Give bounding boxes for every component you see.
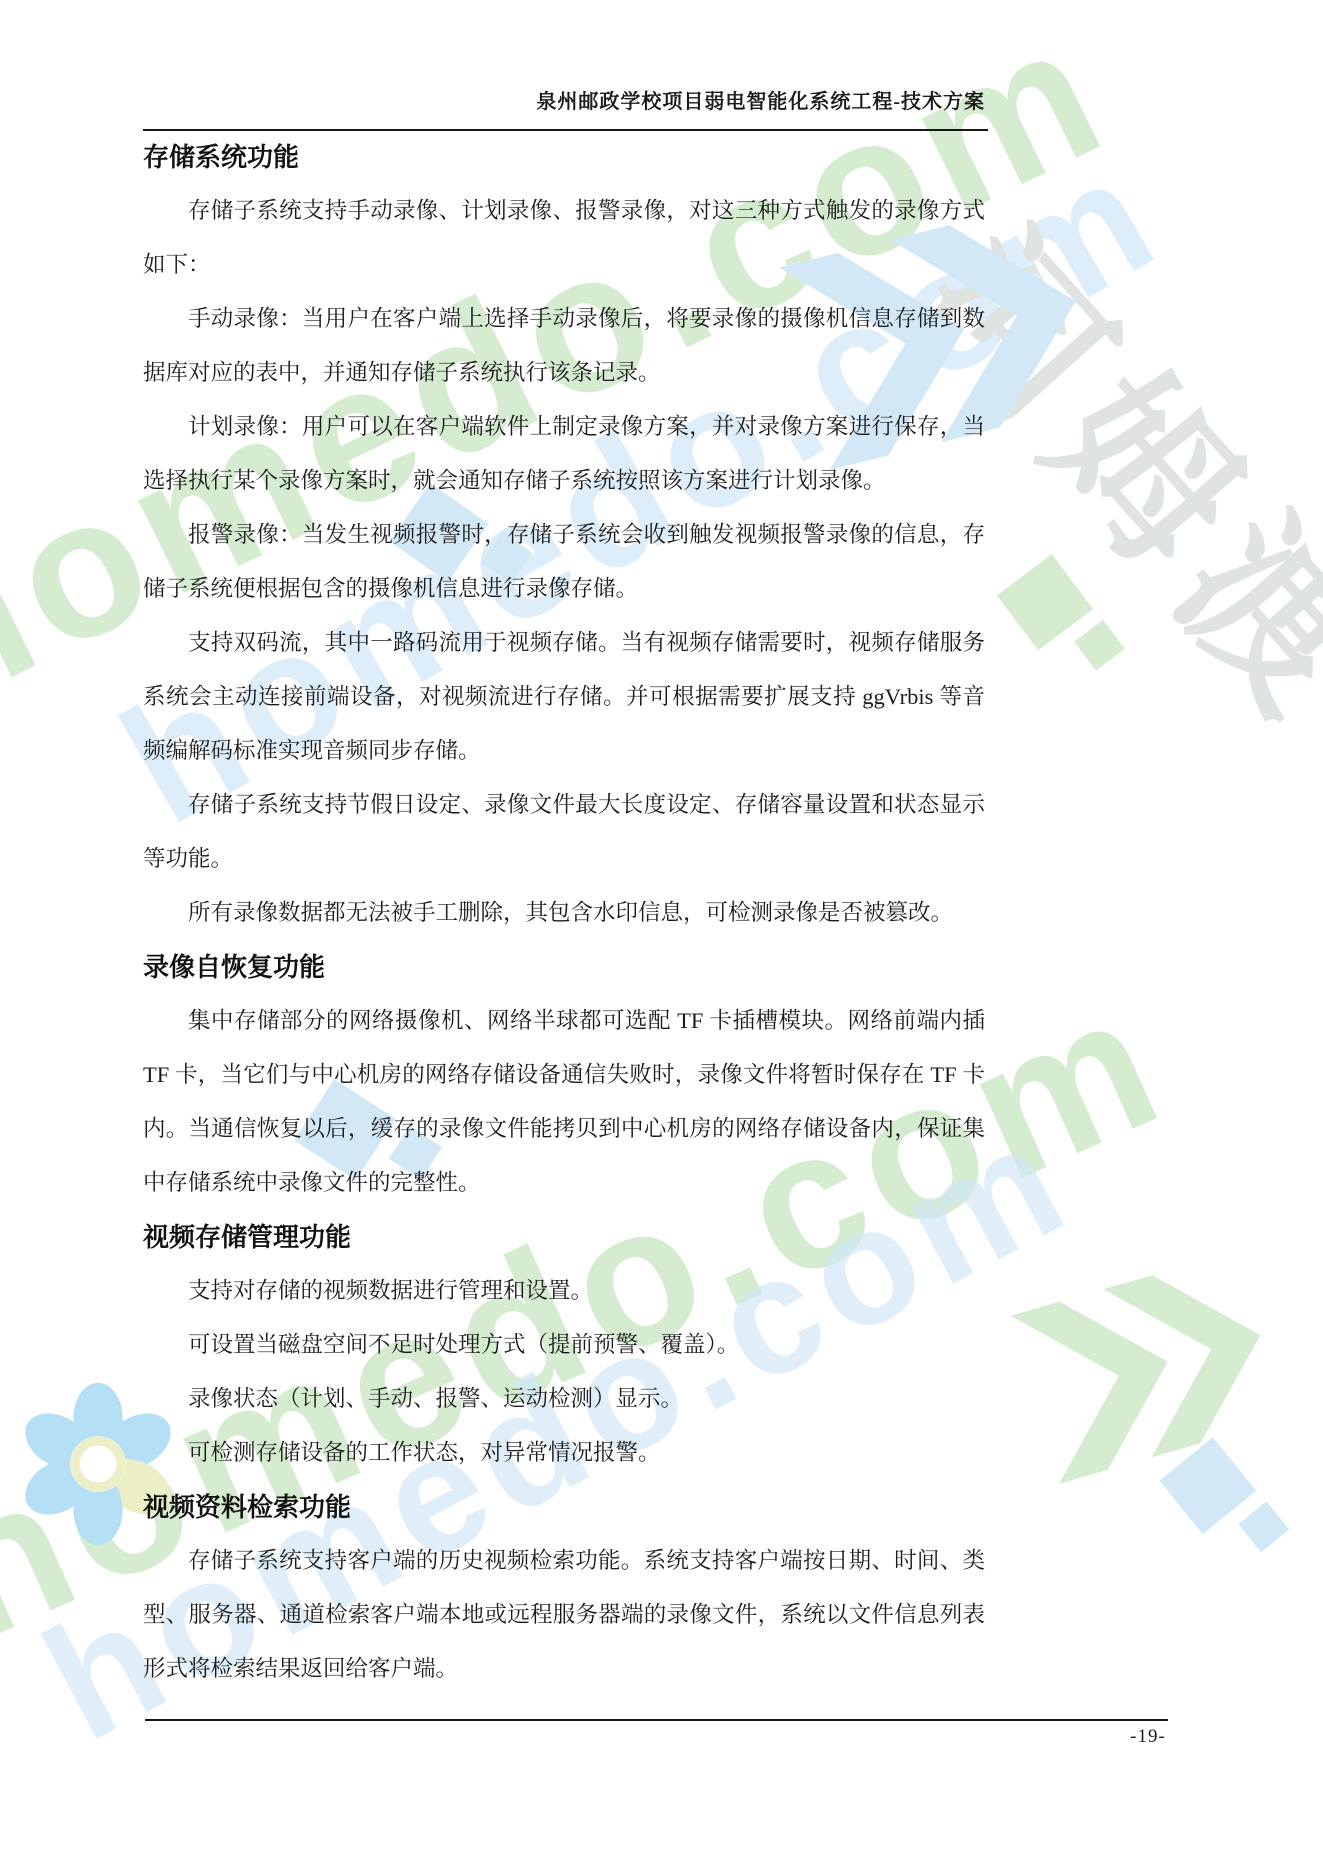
page-number: -19-	[1124, 1726, 1172, 1748]
footer-rule	[145, 1719, 1168, 1721]
paragraph: 可设置当磁盘空间不足时处理方式（提前预警、覆盖）。	[143, 1318, 985, 1372]
paragraph: 可检测存储设备的工作状态，对异常情况报警。	[143, 1426, 985, 1480]
paragraph: 报警录像：当发生视频报警时，存储子系统会收到触发视频报警录像的信息，存储子系统便…	[143, 508, 985, 616]
paragraph: 所有录像数据都无法被手工删除，其包含水印信息，可检测录像是否被篡改。	[143, 886, 985, 940]
paragraph: 存储子系统支持客户端的历史视频检索功能。系统支持客户端按日期、时间、类型、服务器…	[143, 1534, 985, 1696]
section-heading-video-retrieval: 视频资料检索功能	[143, 1480, 985, 1534]
paragraph: 手动录像：当用户在客户端上选择手动录像后，将要录像的摄像机信息存储到数据库对应的…	[143, 292, 985, 400]
document-body: 存储系统功能 存储子系统支持手动录像、计划录像、报警录像，对这三种方式触发的录像…	[143, 130, 985, 1696]
section-heading-video-storage-management: 视频存储管理功能	[143, 1210, 985, 1264]
document-layer: 泉州邮政学校项目弱电智能化系统工程-技术方案 存储系统功能 存储子系统支持手动录…	[0, 0, 1323, 1872]
paragraph: 集中存储部分的网络摄像机、网络半球都可选配 TF 卡插槽模块。网络前端内插 TF…	[143, 994, 985, 1210]
paragraph: 支持双码流，其中一路码流用于视频存储。当有视频存储需要时，视频存储服务系统会主动…	[143, 616, 985, 778]
paragraph: 支持对存储的视频数据进行管理和设置。	[143, 1264, 985, 1318]
page-header-title: 泉州邮政学校项目弱电智能化系统工程-技术方案	[536, 85, 985, 114]
paragraph: 录像状态（计划、手动、报警、运动检测）显示。	[143, 1372, 985, 1426]
document-page: homedo.com homedo.com homedo.com homedo.…	[0, 0, 1323, 1872]
section-heading-recording-self-recovery: 录像自恢复功能	[143, 940, 985, 994]
paragraph: 存储子系统支持手动录像、计划录像、报警录像，对这三种方式触发的录像方式如下：	[143, 184, 985, 292]
section-heading-storage-system: 存储系统功能	[143, 130, 985, 184]
paragraph: 计划录像：用户可以在客户端软件上制定录像方案，并对录像方案进行保存，当选择执行某…	[143, 400, 985, 508]
paragraph: 存储子系统支持节假日设定、录像文件最大长度设定、存储容量设置和状态显示等功能。	[143, 778, 985, 886]
